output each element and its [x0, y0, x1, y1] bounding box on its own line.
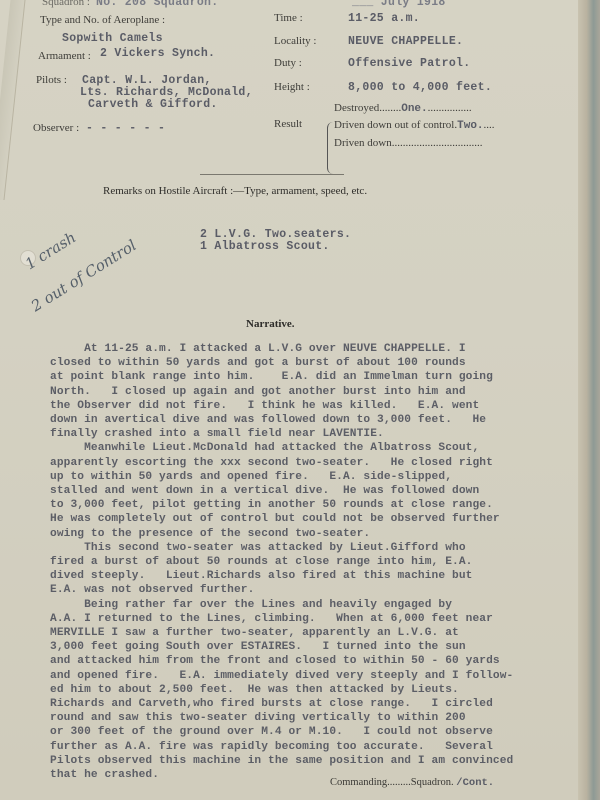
narrative-line: to 3,000 feet, pilot getting in another … — [50, 498, 570, 512]
height-label: Height : — [274, 81, 310, 93]
result-brace — [327, 122, 334, 174]
squadron-label: Squadron : — [42, 0, 90, 8]
narrative-line: the Observer did not fire. I think he wa… — [50, 399, 570, 413]
result-label: Result — [274, 118, 302, 130]
stacked-pages-edge — [578, 0, 600, 800]
time-label: Time : — [274, 12, 303, 24]
narrative-line: North. I closed up again and got another… — [50, 385, 570, 399]
footer: Commanding.........Squadron. /Cont. — [330, 777, 494, 789]
narrative-line: round and saw this two-seater diving ver… — [50, 711, 570, 725]
out-of-control-label: Driven down out of control. — [334, 119, 457, 131]
result-driven-down: Driven down.............................… — [334, 137, 483, 149]
narrative-line: apparently escorting the xxx second two-… — [50, 456, 570, 470]
narrative-line: and attacked him from the front and clos… — [50, 654, 570, 668]
commanding-label: Commanding.........Squadron. — [330, 777, 454, 788]
narrative-line: dived steeply. Lieut.Richards also fired… — [50, 569, 570, 583]
narrative-line: 3,000 feet going South over ESTAIRES. I … — [50, 640, 570, 654]
dots: ................ — [428, 102, 472, 114]
underlying-page-edge — [0, 0, 26, 200]
result-destroyed: Destroyed........One................. — [334, 102, 472, 115]
narrative-line: further as A.A. fire was rapidly becomin… — [50, 740, 570, 754]
narrative-heading: Narrative. — [246, 318, 295, 330]
narrative-line: A.A. I returned to the Lines, climbing. … — [50, 612, 570, 626]
armament-label: Armament : — [38, 50, 91, 62]
narrative-line: finally crashed into a small field near … — [50, 427, 570, 441]
result-out-of-control: Driven down out of control.Two..... — [334, 119, 495, 132]
narrative-line: up to within 50 yards and opened fire. E… — [50, 470, 570, 484]
narrative-line: down in avertical dive and was followed … — [50, 413, 570, 427]
observer-value: - - - - - - — [86, 122, 165, 135]
narrative-line: Richards and Carveth,who fired bursts at… — [50, 697, 570, 711]
armament-value: 2 Vickers Synch. — [100, 47, 215, 60]
date-value: ___ July 1918 — [352, 0, 446, 9]
duty-label: Duty : — [274, 57, 302, 69]
out-of-control-value: Two. — [457, 120, 483, 132]
driven-down-label: Driven down — [334, 137, 392, 149]
locality-value: NEUVE CHAPPELLE. — [348, 35, 463, 48]
narrative-line: fired a burst of about 50 rounds at clos… — [50, 555, 570, 569]
narrative-line: and opened fire. E.A. immediately dived … — [50, 669, 570, 683]
narrative-line: owing to the presence of the second two-… — [50, 527, 570, 541]
narrative-line: He was completely out of control but cou… — [50, 512, 570, 526]
combat-report-page: Squadron : No. 208 Squadron. Type and No… — [0, 0, 580, 800]
narrative-line: Pilots observed this machine in the same… — [50, 754, 570, 768]
remarks-line-2: 1 Albatross Scout. — [200, 240, 330, 253]
narrative-line: closed to within 50 yards and got a burs… — [50, 356, 570, 370]
aeroplane-label: Type and No. of Aeroplane : — [40, 14, 165, 26]
narrative-line: At 11-25 a.m. I attacked a L.V.G over NE… — [50, 342, 570, 356]
dots: ........ — [379, 102, 401, 114]
squadron-value: No. 208 Squadron. — [96, 0, 218, 9]
locality-label: Locality : — [274, 35, 316, 47]
narrative-line: ed him to about 2,500 feet. He was then … — [50, 683, 570, 697]
time-value: 11-25 a.m. — [348, 12, 420, 25]
narrative-line: Meanwhile Lieut.McDonald had attacked th… — [50, 441, 570, 455]
narrative-line: MERVILLE I saw a further two-seater, app… — [50, 626, 570, 640]
narrative-line: This second two-seater was attacked by L… — [50, 541, 570, 555]
dots: ................................. — [392, 137, 483, 149]
duty-value: Offensive Patrol. — [348, 57, 470, 70]
height-value: 8,000 to 4,000 feet. — [348, 81, 492, 94]
narrative-line: or 300 feet of the ground over M.4 or M.… — [50, 725, 570, 739]
remarks-heading: Remarks on Hostile Aircraft :—Type, arma… — [103, 185, 367, 197]
narrative-line: Being rather far over the Lines and heav… — [50, 598, 570, 612]
narrative-line: E.A. was not observed further. — [50, 583, 570, 597]
narrative-line: stalled and went down in a vertical dive… — [50, 484, 570, 498]
observer-label: Observer : — [33, 122, 79, 134]
pilots-label: Pilots : — [36, 74, 67, 86]
narrative-body: At 11-25 a.m. I attacked a L.V.G over NE… — [50, 342, 570, 782]
narrative-line: at point blank range into him. E.A. did … — [50, 370, 570, 384]
destroyed-label: Destroyed — [334, 102, 379, 114]
pilot-line-3: Carveth & Gifford. — [88, 98, 218, 111]
destroyed-value: One. — [401, 103, 427, 115]
continued-label: /Cont. — [456, 777, 494, 789]
dots: .... — [484, 119, 495, 131]
aeroplane-value: Sopwith Camels — [62, 32, 163, 45]
section-divider — [200, 174, 344, 175]
